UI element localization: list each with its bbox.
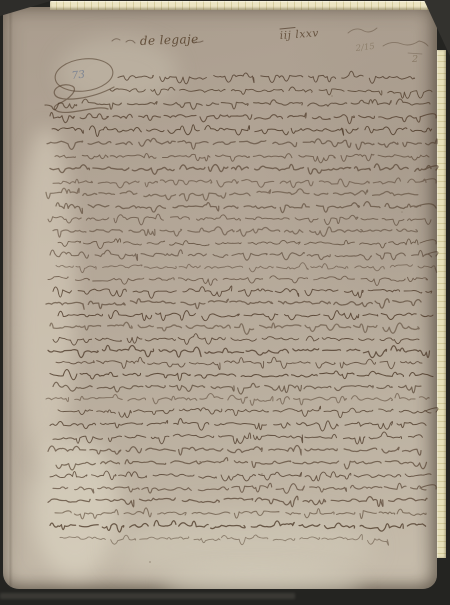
handwriting-line [53,382,421,394]
handwriting-line [53,483,436,493]
handwriting-line [46,299,421,310]
handwriting-line [55,153,429,162]
handwriting-line [50,250,438,261]
handwriting-line [46,393,429,405]
handwriting-line [50,322,419,334]
handwriting-line [60,535,389,546]
handwriting-block [45,71,438,545]
manuscript-photo: de legaje iij lxxv 2/15 2 73 [0,0,450,605]
page-number: 2 [411,54,418,65]
handwriting-line [53,286,432,298]
handwriting-line [48,445,421,455]
handwriting-line [52,125,432,137]
opening-flourish [54,85,114,113]
handwriting-line [56,458,427,470]
handwriting-line [58,239,436,249]
ink-speck [149,561,151,563]
margin-item-number: 73 [71,69,86,82]
handwriting-line [56,263,437,273]
handwriting-line [53,227,417,237]
ink-speck [261,473,263,475]
pencil-scribble [348,28,377,33]
handwriting-line [56,357,422,369]
handwriting-line [53,432,422,444]
handwriting-line [50,419,426,431]
handwriting-line [46,188,418,201]
handwriting-line [58,406,438,417]
handwriting-line [48,276,428,286]
handwriting-line [56,202,436,214]
handwriting-line [58,310,433,320]
handwriting-line [48,214,431,225]
handwriting-line [50,164,438,174]
handwriting-line [110,87,432,98]
ink-layer: de legaje iij lxxv 2/15 2 73 [0,0,450,605]
handwriting-line [48,345,430,357]
header-note-flourish [112,39,135,43]
handwriting-line [118,71,415,84]
folio-number: iij lxxv [279,27,319,42]
handwriting-line [50,471,431,481]
ink-speck [401,211,403,213]
handwriting-line [50,520,426,532]
archival-fraction: 2/15 [354,42,375,54]
handwriting-line [50,112,436,123]
handwriting-line [53,334,419,345]
handwriting-line [53,178,436,188]
handwriting-line [55,508,426,519]
ink-speck [331,95,333,97]
header-note: de legaje [140,32,199,48]
handwriting-line [47,138,437,149]
pencil-scribble [383,41,428,46]
handwriting-line [50,370,433,381]
handwriting-line [48,496,427,507]
